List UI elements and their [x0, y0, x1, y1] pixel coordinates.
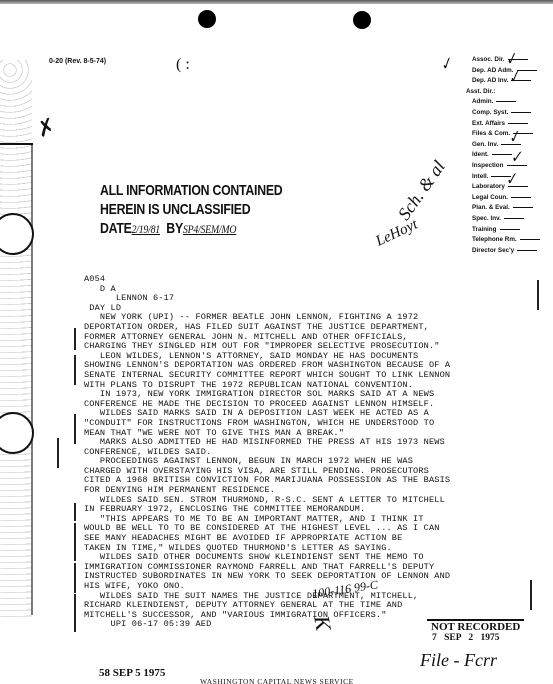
handwritten-initials: Sch. & al [394, 157, 450, 224]
stamp-line-2: HEREIN IS UNCLASSIFIED [100, 200, 282, 219]
date-value: 2/19/81 [132, 222, 160, 236]
routing-blank [517, 70, 537, 71]
recorded-date-stamp: 7 SEP 2 1975 [432, 633, 500, 643]
binding-edge-line [31, 145, 33, 615]
margin-bar [74, 328, 76, 350]
routing-blank [500, 229, 520, 230]
margin-mark [57, 438, 59, 468]
initials-mark: ✓ [508, 147, 524, 168]
routing-item: Laboratory [466, 182, 540, 193]
margin-bar [74, 523, 76, 561]
paren-mark: ( : [176, 56, 190, 74]
margin-bar [74, 563, 76, 593]
routing-label: Plan. & Eval. [472, 204, 510, 211]
margin-bar [74, 503, 76, 521]
routing-item: Gen. Inv. [466, 140, 540, 151]
binding-edge-line [0, 143, 33, 145]
routing-blank [511, 112, 531, 113]
routing-item: Inspection [466, 161, 540, 172]
routing-item: Ext. Affairs [466, 119, 540, 130]
recorded-prefix: 7 [432, 633, 437, 643]
routing-label: Intell. [472, 173, 488, 180]
declassification-stamp: ALL INFORMATION CONTAINED HEREIN IS UNCL… [100, 181, 282, 239]
routing-label: Legal Coun. [472, 194, 508, 201]
stamp-date-row: DATE2/19/81 BYSP4/SEM/MO [100, 219, 282, 239]
routing-label: Comp. Syst. [472, 109, 508, 116]
routing-item: Admin. [466, 97, 540, 108]
routing-label: Gen. Inv. [472, 141, 498, 148]
punch-hole [353, 11, 371, 29]
routing-item: Dep. AD Adm. [466, 66, 540, 77]
routing-item: Asst. Dir.: [466, 87, 540, 98]
date-label: DATE [100, 220, 132, 237]
margin-bar [530, 580, 532, 610]
source-stamp: WASHINGTON CAPITAL NEWS SERVICE [200, 677, 354, 684]
teletype-line: LENNON 6-17 [84, 294, 450, 304]
routing-item: Spec. Inv. [466, 214, 540, 225]
handwritten-file-note: File - Fcrr [420, 650, 497, 671]
routing-item: Dep. AD Inv. [466, 76, 540, 87]
receipt-stamp: 58 SEP 5 1975 [99, 667, 165, 679]
teletype-text: A054 D A LENNON 6-17 DAY LD NEW YORK (UP… [84, 275, 450, 630]
routing-label: Training [472, 226, 497, 233]
x-mark-icon: ✗ [33, 113, 59, 144]
by-value: SP4/SEM/MO [183, 222, 236, 236]
routing-label: Ext. Affairs [472, 120, 505, 127]
routing-blank [511, 197, 531, 198]
punch-hole [198, 10, 216, 28]
stamp-line-1: ALL INFORMATION CONTAINED [100, 181, 282, 200]
routing-blank [504, 218, 524, 219]
not-recorded-stamp: NOT RECORDED [427, 619, 524, 633]
routing-label: Dep. AD Inv. [472, 77, 508, 84]
margin-bar [74, 594, 76, 632]
routing-blank [520, 239, 540, 240]
routing-item: Training [466, 225, 540, 236]
check-mark-icon: ✓ [437, 53, 456, 76]
margin-bar [74, 414, 76, 444]
routing-label: Assoc. Dir. [472, 56, 505, 63]
form-number: 0-20 (Rev. 8-5-74) [49, 58, 106, 65]
routing-blank [513, 207, 533, 208]
teletype-line: A054 [84, 275, 450, 285]
handwritten-initials: LeHoyt [373, 216, 420, 250]
routing-item: Plan. & Eval. [466, 203, 540, 214]
by-label: BY [166, 220, 183, 237]
routing-item: Director Sec'y [466, 246, 540, 257]
routing-blank [496, 101, 516, 102]
routing-label: Telephone Rm. [472, 236, 517, 243]
scan-edge [0, 0, 553, 4]
routing-item: Ident. [466, 150, 540, 161]
routing-label: Spec. Inv. [472, 215, 501, 222]
routing-item: Files & Com. [466, 129, 540, 140]
routing-label: Admin. [472, 98, 493, 105]
routing-label: Ident. [472, 151, 489, 158]
teletype-line: UPI 06-17 05:39 AED [84, 620, 450, 630]
routing-label: Laboratory [472, 183, 505, 190]
routing-list: Assoc. Dir.Dep. AD Adm.Dep. AD Inv.Asst.… [466, 55, 540, 256]
routing-blank [508, 123, 528, 124]
routing-label: Inspection [472, 162, 504, 169]
routing-label: Asst. Dir.: [466, 88, 495, 95]
routing-item: Comp. Syst. [466, 108, 540, 119]
recorded-date: SEP 2 1975 [444, 633, 499, 643]
routing-label: Director Sec'y [472, 247, 514, 254]
routing-item: Telephone Rm. [466, 235, 540, 246]
routing-blank [517, 250, 537, 251]
routing-item: Legal Coun. [466, 193, 540, 204]
margin-bar [537, 280, 539, 310]
margin-bar [74, 355, 76, 385]
